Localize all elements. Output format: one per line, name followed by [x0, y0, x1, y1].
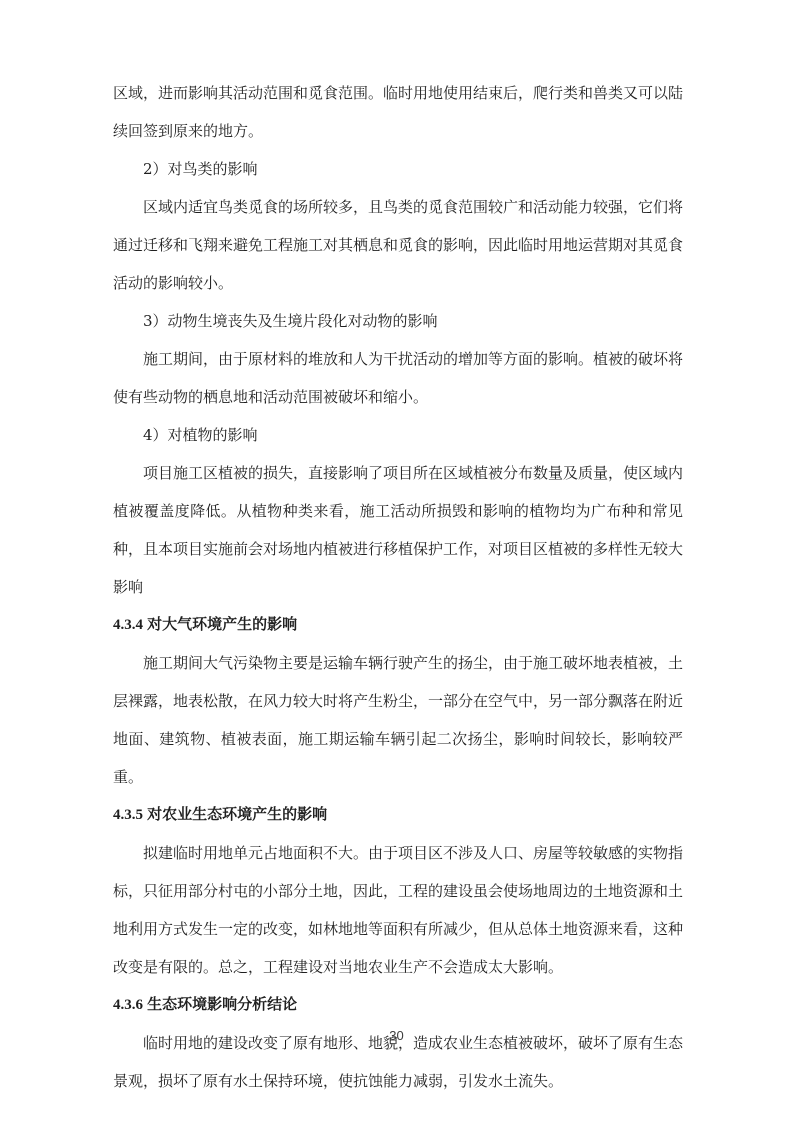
subheading-habitat-loss: 3）动物生境丧失及生境片段化对动物的影响 — [113, 302, 683, 340]
section-heading-4-3-5: 4.3.5 对农业生态环境产生的影响 — [113, 796, 683, 834]
page-body: 区域，进而影响其活动范围和觅食范围。临时用地使用结束后，爬行类和兽类又可以陆续回… — [113, 74, 683, 1100]
paragraph-plant-impact: 项目施工区植被的损失，直接影响了项目所在区域植被分布数量及质量，使区域内植被覆盖… — [113, 454, 683, 606]
section-heading-4-3-6: 4.3.6 生态环境影响分析结论 — [113, 986, 683, 1024]
section-number: 4.3.4 — [113, 617, 143, 633]
section-heading-4-3-4: 4.3.4 对大气环境产生的影响 — [113, 606, 683, 644]
section-title: 生态环境影响分析结论 — [147, 996, 297, 1013]
section-title: 对农业生态环境产生的影响 — [147, 806, 327, 823]
section-number: 4.3.5 — [113, 807, 143, 823]
page-footer: 30 — [0, 1028, 793, 1043]
section-title: 对大气环境产生的影响 — [147, 616, 297, 633]
document-page: 区域，进而影响其活动范围和觅食范围。临时用地使用结束后，爬行类和兽类又可以陆续回… — [0, 0, 793, 1121]
subheading-bird-impact: 2）对鸟类的影响 — [113, 150, 683, 188]
section-number: 4.3.6 — [113, 997, 143, 1013]
subheading-plant-impact: 4）对植物的影响 — [113, 416, 683, 454]
paragraph-agriculture-impact: 拟建临时用地单元占地面积不大。由于项目区不涉及人口、房屋等较敏感的实物指标，只征… — [113, 834, 683, 986]
paragraph-habitat-return: 区域，进而影响其活动范围和觅食范围。临时用地使用结束后，爬行类和兽类又可以陆续回… — [113, 74, 683, 150]
paragraph-habitat-loss: 施工期间，由于原材料的堆放和人为干扰活动的增加等方面的影响。植被的破坏将使有些动… — [113, 340, 683, 416]
paragraph-air-impact: 施工期间大气污染物主要是运输车辆行驶产生的扬尘，由于施工破坏地表植被，土层裸露，… — [113, 644, 683, 796]
paragraph-bird-impact: 区域内适宜鸟类觅食的场所较多，且鸟类的觅食范围较广和活动能力较强，它们将通过迁移… — [113, 188, 683, 302]
page-number: 30 — [389, 1028, 403, 1043]
